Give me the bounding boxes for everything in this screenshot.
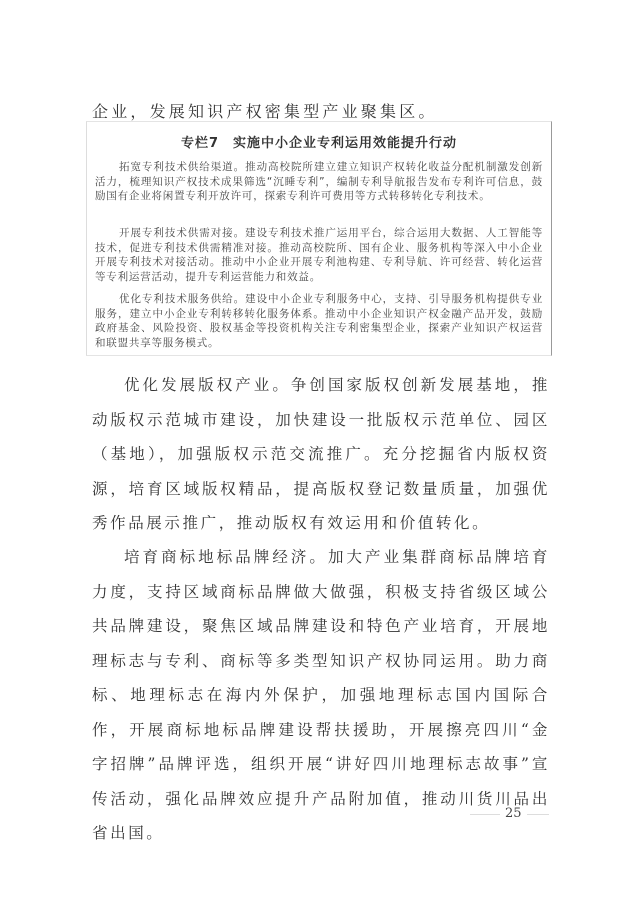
- box-paragraph-2: 开展专利技术供需对接。建设专利技术推广运用平台，综合运用大数据、人工智能等技术，…: [95, 226, 543, 284]
- page-number-rule-right: [527, 814, 549, 815]
- sidebar-box-column-7: 专栏7 实施中小企业专利运用效能提升行动 拓宽专利技术供给渠道。推动高校院所建立…: [86, 121, 552, 356]
- document-page: 企业，发展知识产权密集型产业聚集区。 专栏7 实施中小企业专利运用效能提升行动 …: [0, 0, 636, 900]
- continuation-line: 企业，发展知识产权密集型产业聚集区。: [92, 99, 550, 122]
- paragraph-copyright-industry: 优化发展版权产业。争创国家版权创新发展基地，推动版权示范城市建设，加快建设一批版…: [92, 368, 550, 541]
- paragraph-trademark-brand: 培育商标地标品牌经济。加大产业集群商标品牌培育力度，支持区域商标品牌做大做强，积…: [92, 540, 550, 851]
- page-number: 25: [505, 806, 522, 821]
- box-paragraph-1: 拓宽专利技术供给渠道。推动高校院所建立建立知识产权转化收益分配机制激发创新活力，…: [95, 160, 543, 204]
- page-number-rule-left: [470, 814, 500, 815]
- box-paragraph-3: 优化专利技术服务供给。建设中小企业专利服务中心，支持、引导服务机构提供专业服务，…: [95, 292, 543, 350]
- box-title: 专栏7 实施中小企业专利运用效能提升行动: [87, 132, 551, 151]
